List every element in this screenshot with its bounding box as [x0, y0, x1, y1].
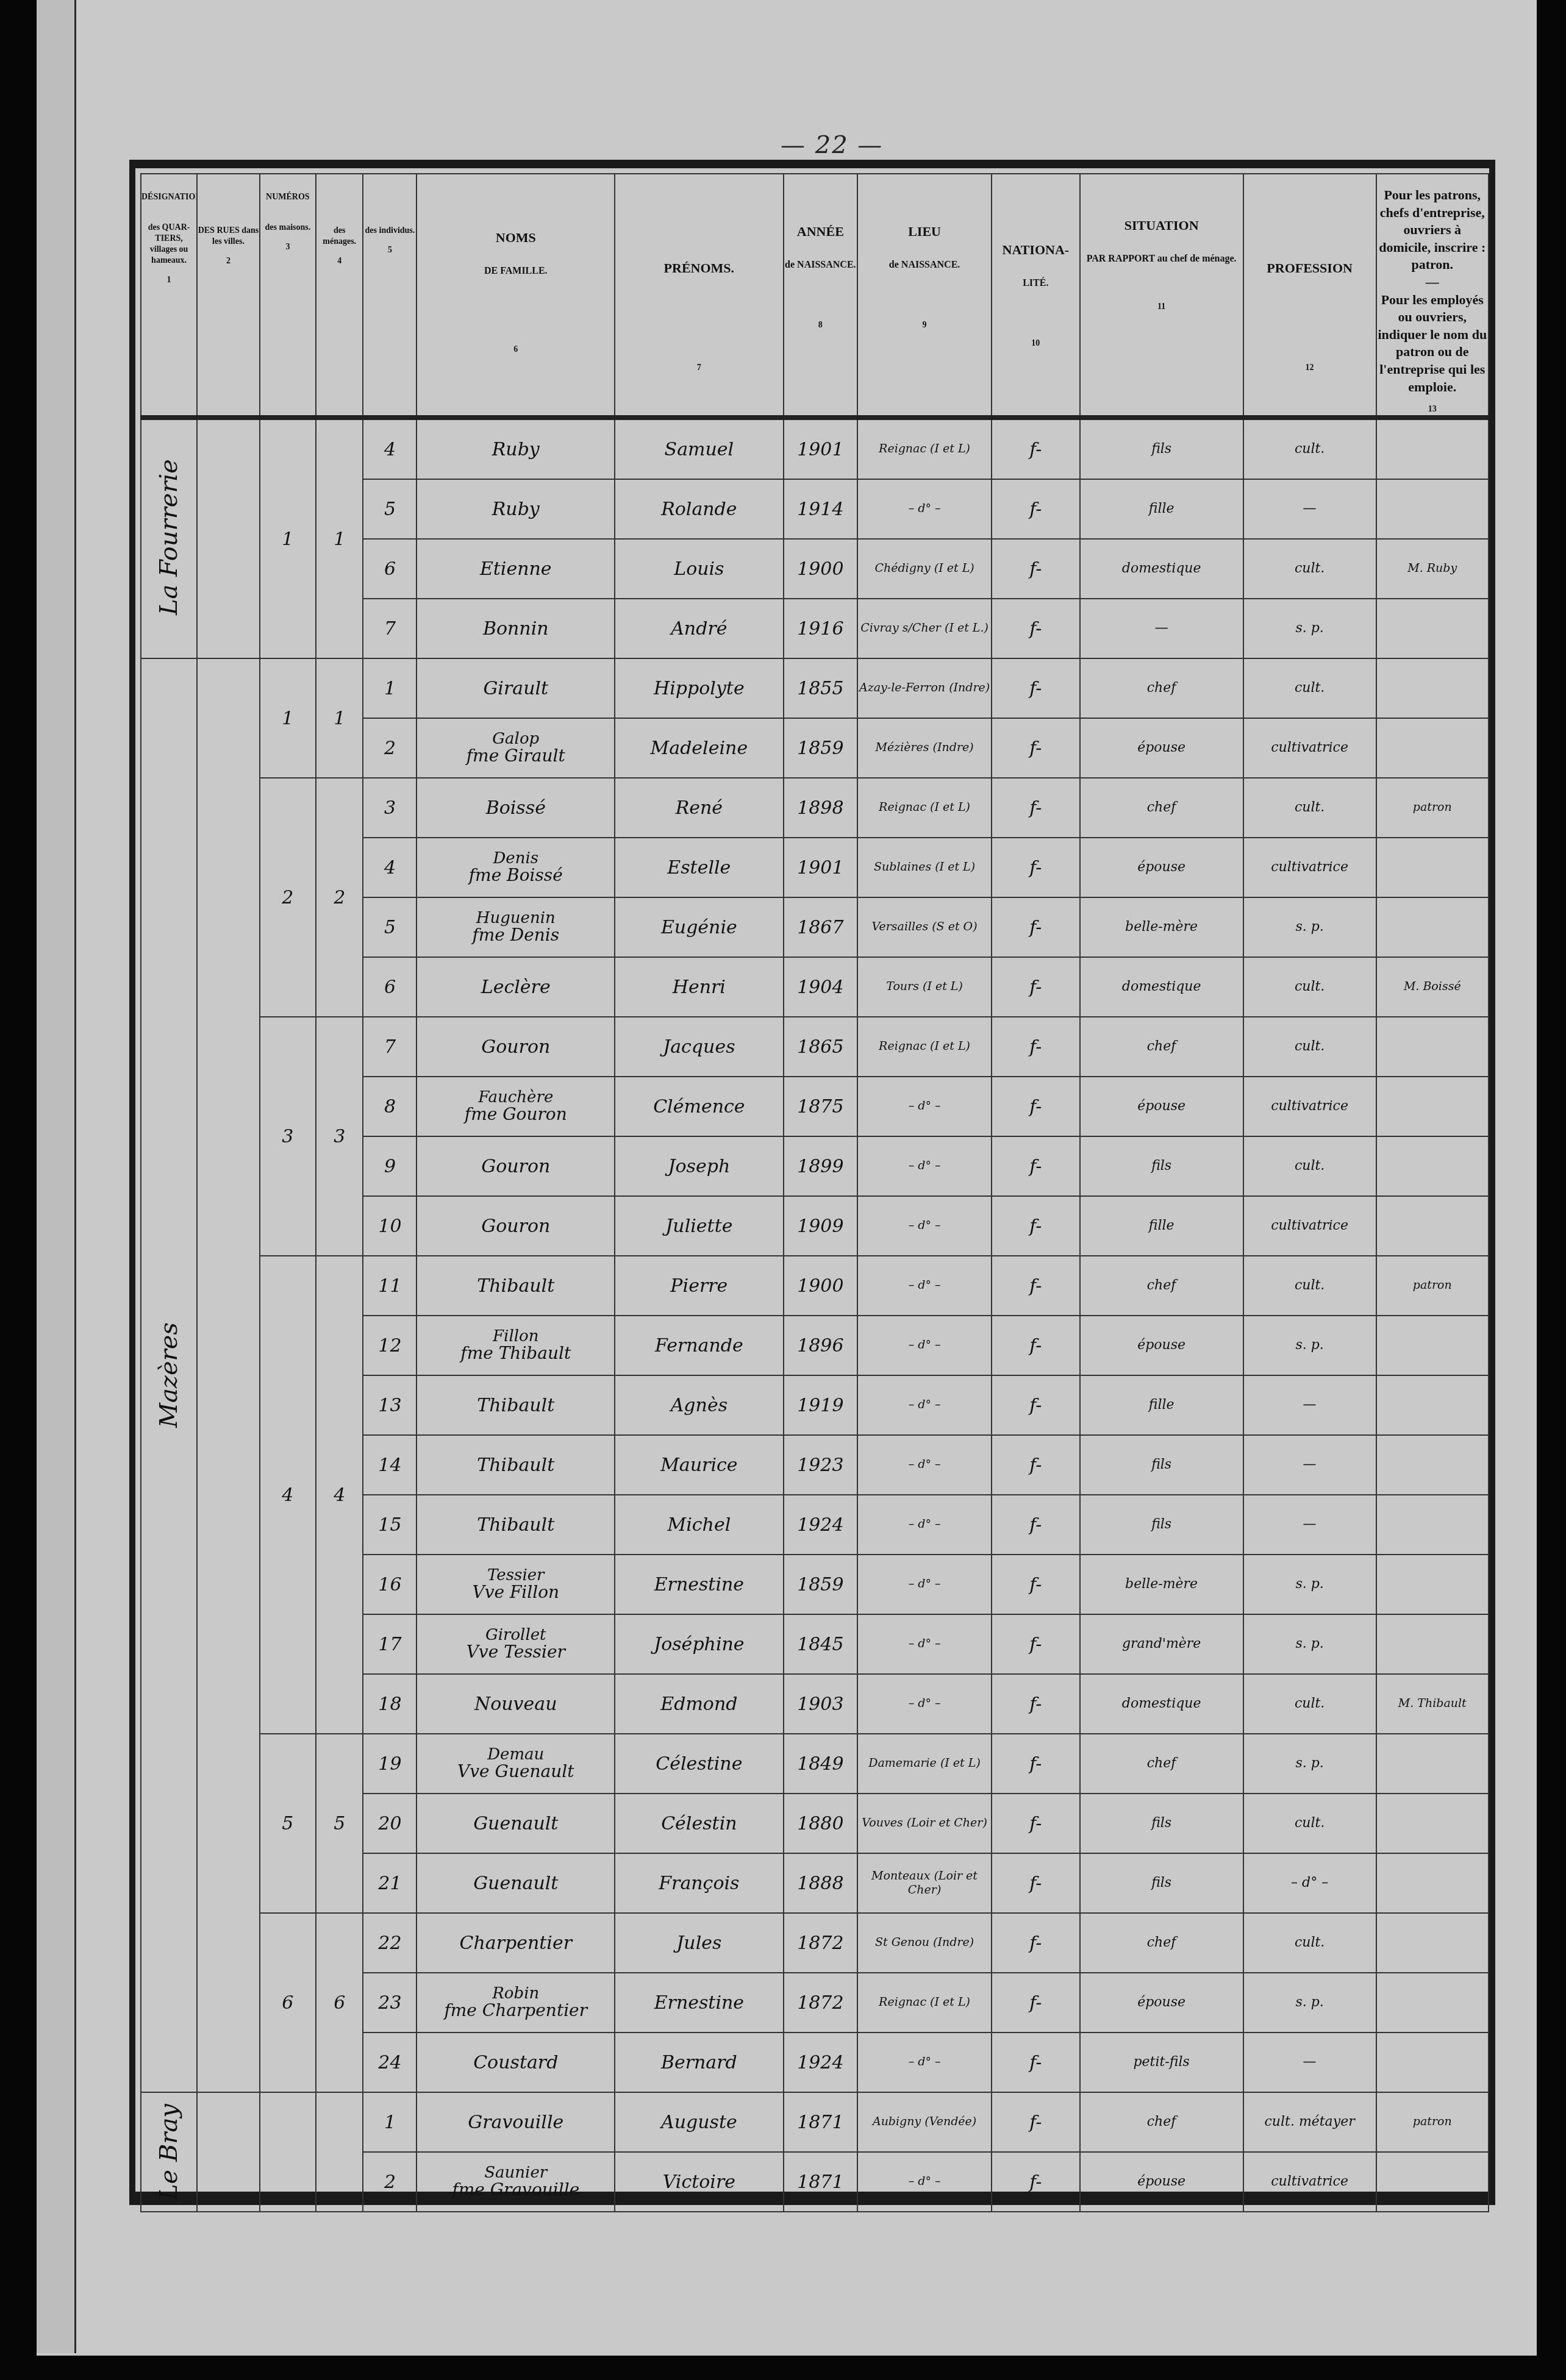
col-prenoms: PRÉNOMS. 7 — [615, 174, 784, 418]
lieu-cell: Damemarie (I et L) — [857, 1734, 992, 1794]
prenom-cell: Maurice — [615, 1435, 784, 1495]
menage-number: 2 — [316, 778, 363, 1017]
nom-cell: Ruby — [417, 479, 615, 539]
census-page: — 22 — DÉSIGNATION des QUAR-TIERS, villa… — [37, 0, 1537, 2365]
menage-number: 1 — [316, 658, 363, 778]
prenom-cell: Juliette — [615, 1196, 784, 1256]
situation-cell: épouse — [1080, 838, 1243, 897]
annee-cell: 1901 — [784, 418, 857, 479]
situation-cell: fille — [1080, 1375, 1243, 1435]
situation-cell: épouse — [1080, 2152, 1243, 2212]
table-row: Mazères111GiraultHippolyte1855Azay-le-Fe… — [141, 658, 1489, 718]
patron-cell: patron — [1376, 2092, 1489, 2152]
individu-number: 5 — [363, 897, 417, 957]
maison-number: 4 — [260, 1256, 316, 1734]
patron-cell — [1376, 1316, 1489, 1375]
patron-cell — [1376, 718, 1489, 778]
nom-cell: Bonnin — [417, 599, 615, 658]
lieu-cell: St Genou (Indre) — [857, 1913, 992, 1973]
maison-number: 2 — [260, 778, 316, 1017]
situation-cell: fils — [1080, 1794, 1243, 1853]
maiden-name: Huguenin — [417, 910, 614, 926]
patron-cell — [1376, 418, 1489, 479]
lieu-cell: Azay-le-Ferron (Indre) — [857, 658, 992, 718]
prenom-cell: Ernestine — [615, 1555, 784, 1614]
col-lieu-naissance: LIEU de NAISSANCE. 9 — [857, 174, 992, 418]
nationalite-cell: f- — [992, 1794, 1080, 1853]
prenom-cell: Victoire — [615, 2152, 784, 2212]
nom-cell: Galopfme Girault — [417, 718, 615, 778]
situation-cell: épouse — [1080, 1316, 1243, 1375]
nationalite-cell: f- — [992, 479, 1080, 539]
annee-cell: 1909 — [784, 1196, 857, 1256]
nom-cell: DemauVve Guenault — [417, 1734, 615, 1794]
nationalite-cell: f- — [992, 599, 1080, 658]
lieu-cell: – d° – — [857, 1196, 992, 1256]
lieu-cell: Reignac (I et L) — [857, 1973, 992, 2033]
nationalite-cell: f- — [992, 1973, 1080, 2033]
patron-cell — [1376, 1077, 1489, 1136]
lieu-cell: Aubigny (Vendée) — [857, 2092, 992, 2152]
patron-cell — [1376, 1196, 1489, 1256]
col-nationalite: NATIONA- LITÉ. 10 — [992, 174, 1080, 418]
annee-cell: 1896 — [784, 1316, 857, 1375]
profession-cell: cult. — [1243, 778, 1376, 838]
annee-cell: 1849 — [784, 1734, 857, 1794]
nom-cell: Thibault — [417, 1495, 615, 1555]
annee-cell: 1901 — [784, 838, 857, 897]
page-number: — 22 — — [781, 131, 883, 159]
nom-cell: Gouron — [417, 1136, 615, 1196]
profession-cell: s. p. — [1243, 897, 1376, 957]
situation-cell: fille — [1080, 479, 1243, 539]
profession-cell: s. p. — [1243, 1973, 1376, 2033]
married-name: Vve Guenault — [417, 1762, 614, 1781]
lieu-cell: Monteaux (Loir et Cher) — [857, 1853, 992, 1913]
individu-number: 22 — [363, 1913, 417, 1973]
individu-number: 11 — [363, 1256, 417, 1316]
maison-number: 6 — [260, 1913, 316, 2092]
lieu-cell: Civray s/Cher (I et L.) — [857, 599, 992, 658]
lieu-cell: Versailles (S et O) — [857, 897, 992, 957]
nom-cell: Robinfme Charpentier — [417, 1973, 615, 2033]
col-profession: PROFESSION 12 — [1243, 174, 1376, 418]
patron-cell — [1376, 658, 1489, 718]
nom-cell: Denisfme Boissé — [417, 838, 615, 897]
col-patron-note: Pour les patrons, chefs d'entreprise, ou… — [1376, 174, 1489, 418]
individu-number: 6 — [363, 539, 417, 599]
individu-number: 15 — [363, 1495, 417, 1555]
nom-cell: Nouveau — [417, 1674, 615, 1734]
nom-cell: Boissé — [417, 778, 615, 838]
prenom-cell: Henri — [615, 957, 784, 1017]
place-la-fourrerie: La Fourrerie — [141, 418, 197, 658]
nom-cell: GirolletVve Tessier — [417, 1614, 615, 1674]
patron-cell — [1376, 1375, 1489, 1435]
individu-number: 4 — [363, 418, 417, 479]
prenom-cell: René — [615, 778, 784, 838]
annee-cell: 1899 — [784, 1136, 857, 1196]
col-noms: NOMS DE FAMILLE. 6 — [417, 174, 615, 418]
prenom-cell: Auguste — [615, 2092, 784, 2152]
situation-cell: domestique — [1080, 539, 1243, 599]
prenom-cell: Louis — [615, 539, 784, 599]
lieu-cell: Reignac (I et L) — [857, 1017, 992, 1077]
annee-cell: 1919 — [784, 1375, 857, 1435]
situation-cell: chef — [1080, 2092, 1243, 2152]
col-numeros-individus: des individus. 5 — [363, 174, 417, 418]
prenom-cell: Jules — [615, 1913, 784, 1973]
header-row: DÉSIGNATION des QUAR-TIERS, villages ou … — [141, 174, 1489, 418]
annee-cell: 1900 — [784, 539, 857, 599]
menage-number: 1 — [316, 418, 363, 658]
prenom-cell: François — [615, 1853, 784, 1913]
profession-cell: — — [1243, 1435, 1376, 1495]
prenom-cell: Eugénie — [615, 897, 784, 957]
lieu-cell: – d° – — [857, 479, 992, 539]
nom-cell: Gravouille — [417, 2092, 615, 2152]
nationalite-cell: f- — [992, 1017, 1080, 1077]
individu-number: 14 — [363, 1435, 417, 1495]
married-name: fme Charpentier — [417, 2001, 614, 2020]
prenom-cell: Madeleine — [615, 718, 784, 778]
situation-cell: épouse — [1080, 718, 1243, 778]
patron-cell — [1376, 1555, 1489, 1614]
profession-cell: — — [1243, 2033, 1376, 2092]
nationalite-cell: f- — [992, 1435, 1080, 1495]
situation-cell: fils — [1080, 1435, 1243, 1495]
nom-cell: Fillonfme Thibault — [417, 1316, 615, 1375]
patron-cell — [1376, 1614, 1489, 1674]
individu-number: 10 — [363, 1196, 417, 1256]
situation-cell: fils — [1080, 1495, 1243, 1555]
annee-cell: 1880 — [784, 1794, 857, 1853]
nom-cell: Gouron — [417, 1017, 615, 1077]
menage-number — [316, 2092, 363, 2212]
annee-cell: 1859 — [784, 718, 857, 778]
patron-cell — [1376, 1435, 1489, 1495]
nationalite-cell: f- — [992, 1077, 1080, 1136]
profession-cell: cultivatrice — [1243, 1196, 1376, 1256]
individu-number: 18 — [363, 1674, 417, 1734]
street-cell — [197, 418, 260, 658]
individu-number: 7 — [363, 599, 417, 658]
nom-cell: Girault — [417, 658, 615, 718]
profession-cell: cult. — [1243, 957, 1376, 1017]
prenom-cell: Fernande — [615, 1316, 784, 1375]
profession-cell: — — [1243, 1375, 1376, 1435]
col-situation: SITUATION PAR RAPPORT au chef de ménage.… — [1080, 174, 1243, 418]
lieu-cell: – d° – — [857, 1495, 992, 1555]
maiden-name: Fauchère — [417, 1089, 614, 1105]
nationalite-cell: f- — [992, 718, 1080, 778]
situation-cell: petit-fils — [1080, 2033, 1243, 2092]
patron-cell — [1376, 479, 1489, 539]
individu-number: 1 — [363, 658, 417, 718]
nationalite-cell: f- — [992, 1734, 1080, 1794]
nom-cell: Ruby — [417, 418, 615, 479]
prenom-cell: Rolande — [615, 479, 784, 539]
maison-number — [260, 2092, 316, 2212]
place-le-bray: Le Bray — [141, 2092, 197, 2212]
nationalite-cell: f- — [992, 658, 1080, 718]
maiden-name: Saunier — [417, 2165, 614, 2181]
annee-cell: 1924 — [784, 2033, 857, 2092]
nationalite-cell: f- — [992, 1853, 1080, 1913]
annee-cell: 1923 — [784, 1435, 857, 1495]
menage-number: 5 — [316, 1734, 363, 1913]
nom-cell: TessierVve Fillon — [417, 1555, 615, 1614]
situation-cell: chef — [1080, 1017, 1243, 1077]
nom-cell: Thibault — [417, 1256, 615, 1316]
profession-cell: s. p. — [1243, 1614, 1376, 1674]
profession-cell: s. p. — [1243, 1734, 1376, 1794]
nationalite-cell: f- — [992, 1136, 1080, 1196]
nationalite-cell: f- — [992, 957, 1080, 1017]
prenom-cell: Clémence — [615, 1077, 784, 1136]
patron-cell — [1376, 1853, 1489, 1913]
profession-cell: cult. — [1243, 1674, 1376, 1734]
menage-number: 6 — [316, 1913, 363, 2092]
prenom-cell: Joséphine — [615, 1614, 784, 1674]
situation-cell: — — [1080, 599, 1243, 658]
prenom-cell: Hippolyte — [615, 658, 784, 718]
profession-cell: cult. — [1243, 1136, 1376, 1196]
maison-number: 3 — [260, 1017, 316, 1256]
annee-cell: 1903 — [784, 1674, 857, 1734]
lieu-cell: – d° – — [857, 1614, 992, 1674]
individu-number: 7 — [363, 1017, 417, 1077]
nationalite-cell: f- — [992, 1495, 1080, 1555]
lieu-cell: Chédigny (I et L) — [857, 539, 992, 599]
individu-number: 16 — [363, 1555, 417, 1614]
lieu-cell: – d° – — [857, 1375, 992, 1435]
married-name: Vve Fillon — [417, 1583, 614, 1602]
lieu-cell: – d° – — [857, 1077, 992, 1136]
nationalite-cell: f- — [992, 1375, 1080, 1435]
prenom-cell: Edmond — [615, 1674, 784, 1734]
individu-number: 19 — [363, 1734, 417, 1794]
maiden-name: Galop — [417, 731, 614, 747]
patron-cell — [1376, 897, 1489, 957]
nom-cell: Coustard — [417, 2033, 615, 2092]
profession-cell: cultivatrice — [1243, 2152, 1376, 2212]
table-row: 223BoisséRené1898Reignac (I et L)f-chefc… — [141, 778, 1489, 838]
individu-number: 5 — [363, 479, 417, 539]
individu-number: 1 — [363, 2092, 417, 2152]
situation-cell: grand'mère — [1080, 1614, 1243, 1674]
individu-number: 3 — [363, 778, 417, 838]
col-designation-rues: DES RUES dans les villes. 2 — [197, 174, 260, 418]
census-rows: La Fourrerie114RubySamuel1901Reignac (I … — [141, 418, 1489, 2212]
patron-cell: patron — [1376, 778, 1489, 838]
situation-cell: fille — [1080, 1196, 1243, 1256]
prenom-cell: Agnès — [615, 1375, 784, 1435]
nom-cell: Leclère — [417, 957, 615, 1017]
nationalite-cell: f- — [992, 2152, 1080, 2212]
lieu-cell: Tours (I et L) — [857, 957, 992, 1017]
profession-cell: cult. — [1243, 539, 1376, 599]
nationalite-cell: f- — [992, 1555, 1080, 1614]
nom-cell: Guenault — [417, 1853, 615, 1913]
prenom-cell: Célestine — [615, 1734, 784, 1794]
col-numeros-menages: des ménages. 4 — [316, 174, 363, 418]
profession-cell: cult. — [1243, 1794, 1376, 1853]
nationalite-cell: f- — [992, 1614, 1080, 1674]
situation-cell: chef — [1080, 778, 1243, 838]
married-name: fme Girault — [417, 747, 614, 766]
nationalite-cell: f- — [992, 1913, 1080, 1973]
profession-cell: cult. — [1243, 658, 1376, 718]
situation-cell: épouse — [1080, 1973, 1243, 2033]
patron-cell — [1376, 1913, 1489, 1973]
nationalite-cell: f- — [992, 2092, 1080, 2152]
lieu-cell: – d° – — [857, 1555, 992, 1614]
lieu-cell: – d° – — [857, 1435, 992, 1495]
nationalite-cell: f- — [992, 897, 1080, 957]
profession-cell: cult. — [1243, 418, 1376, 479]
nationalite-cell: f- — [992, 1196, 1080, 1256]
nom-cell: Saunierfme Gravouille — [417, 2152, 615, 2212]
situation-cell: domestique — [1080, 957, 1243, 1017]
profession-cell: s. p. — [1243, 599, 1376, 658]
lieu-cell: – d° – — [857, 1136, 992, 1196]
nom-cell: Hugueninfme Denis — [417, 897, 615, 957]
nom-cell: Gouron — [417, 1196, 615, 1256]
annee-cell: 1855 — [784, 658, 857, 718]
prenom-cell: Michel — [615, 1495, 784, 1555]
patron-cell — [1376, 1017, 1489, 1077]
individu-number: 2 — [363, 718, 417, 778]
individu-number: 2 — [363, 2152, 417, 2212]
profession-cell: — — [1243, 479, 1376, 539]
situation-cell: fils — [1080, 1853, 1243, 1913]
individu-number: 13 — [363, 1375, 417, 1435]
profession-cell: s. p. — [1243, 1555, 1376, 1614]
maiden-name: Fillon — [417, 1328, 614, 1344]
individu-number: 12 — [363, 1316, 417, 1375]
prenom-cell: Joseph — [615, 1136, 784, 1196]
annee-cell: 1924 — [784, 1495, 857, 1555]
census-table: DÉSIGNATION des QUAR-TIERS, villages ou … — [140, 173, 1489, 2212]
annee-cell: 1875 — [784, 1077, 857, 1136]
lieu-cell: Vouves (Loir et Cher) — [857, 1794, 992, 1853]
profession-cell: cultivatrice — [1243, 718, 1376, 778]
lieu-cell: Mézières (Indre) — [857, 718, 992, 778]
patron-cell — [1376, 2033, 1489, 2092]
maiden-name: Tessier — [417, 1567, 614, 1583]
situation-cell: domestique — [1080, 1674, 1243, 1734]
prenom-cell: Jacques — [615, 1017, 784, 1077]
patron-cell: M. Boissé — [1376, 957, 1489, 1017]
maiden-name: Girollet — [417, 1627, 614, 1643]
individu-number: 6 — [363, 957, 417, 1017]
prenom-cell: Estelle — [615, 838, 784, 897]
maison-number: 1 — [260, 418, 316, 658]
profession-cell: s. p. — [1243, 1316, 1376, 1375]
annee-cell: 1872 — [784, 1913, 857, 1973]
annee-cell: 1845 — [784, 1614, 857, 1674]
patron-cell — [1376, 1136, 1489, 1196]
nom-cell: Charpentier — [417, 1913, 615, 1973]
individu-number: 21 — [363, 1853, 417, 1913]
profession-cell: — — [1243, 1495, 1376, 1555]
prenom-cell: Bernard — [615, 2033, 784, 2092]
prenom-cell: Célestin — [615, 1794, 784, 1853]
situation-cell: fils — [1080, 1136, 1243, 1196]
prenom-cell: André — [615, 599, 784, 658]
individu-number: 8 — [363, 1077, 417, 1136]
profession-cell: cult. — [1243, 1256, 1376, 1316]
maiden-name: Denis — [417, 850, 614, 866]
maiden-name: Demau — [417, 1747, 614, 1762]
nationalite-cell: f- — [992, 539, 1080, 599]
nom-cell: Thibault — [417, 1375, 615, 1435]
married-name: Vve Tessier — [417, 1643, 614, 1662]
nationalite-cell: f- — [992, 1674, 1080, 1734]
nationalite-cell: f- — [992, 838, 1080, 897]
nom-cell: Fauchèrefme Gouron — [417, 1077, 615, 1136]
nationalite-cell: f- — [992, 1316, 1080, 1375]
street-cell — [197, 2092, 260, 2212]
patron-cell: patron — [1376, 1256, 1489, 1316]
annee-cell: 1871 — [784, 2092, 857, 2152]
street-cell — [197, 658, 260, 2092]
situation-cell: fils — [1080, 418, 1243, 479]
annee-cell: 1900 — [784, 1256, 857, 1316]
maison-number: 5 — [260, 1734, 316, 1913]
table-row: 6622CharpentierJules1872St Genou (Indre)… — [141, 1913, 1489, 1973]
situation-cell: chef — [1080, 658, 1243, 718]
lieu-cell: Reignac (I et L) — [857, 418, 992, 479]
annee-cell: 1871 — [784, 2152, 857, 2212]
col-numeros-maisons: NUMÉROS des maisons. 3 — [260, 174, 316, 418]
patron-cell — [1376, 1495, 1489, 1555]
individu-number: 9 — [363, 1136, 417, 1196]
profession-cell: cult. — [1243, 1017, 1376, 1077]
patron-cell: M. Ruby — [1376, 539, 1489, 599]
patron-cell: M. Thibault — [1376, 1674, 1489, 1734]
individu-number: 23 — [363, 1973, 417, 2033]
married-name: fme Denis — [417, 926, 614, 945]
maison-number: 1 — [260, 658, 316, 778]
maiden-name: Robin — [417, 1986, 614, 2001]
adjacent-page-edge — [37, 0, 76, 2353]
patron-cell — [1376, 1973, 1489, 2033]
annee-cell: 1872 — [784, 1973, 857, 2033]
situation-cell: belle-mère — [1080, 897, 1243, 957]
nom-cell: Guenault — [417, 1794, 615, 1853]
prenom-cell: Samuel — [615, 418, 784, 479]
annee-cell: 1904 — [784, 957, 857, 1017]
patron-cell — [1376, 838, 1489, 897]
patron-cell — [1376, 1794, 1489, 1853]
individu-number: 4 — [363, 838, 417, 897]
lieu-cell: – d° – — [857, 2033, 992, 2092]
table-row: 5519DemauVve GuenaultCélestine1849Damema… — [141, 1734, 1489, 1794]
nom-cell: Thibault — [417, 1435, 615, 1495]
profession-cell: cultivatrice — [1243, 1077, 1376, 1136]
nationalite-cell: f- — [992, 2033, 1080, 2092]
lieu-cell: – d° – — [857, 1256, 992, 1316]
situation-cell: chef — [1080, 1913, 1243, 1973]
menage-number: 4 — [316, 1256, 363, 1734]
profession-cell: cultivatrice — [1243, 838, 1376, 897]
lieu-cell: Reignac (I et L) — [857, 778, 992, 838]
annee-cell: 1867 — [784, 897, 857, 957]
nom-cell: Etienne — [417, 539, 615, 599]
individu-number: 17 — [363, 1614, 417, 1674]
